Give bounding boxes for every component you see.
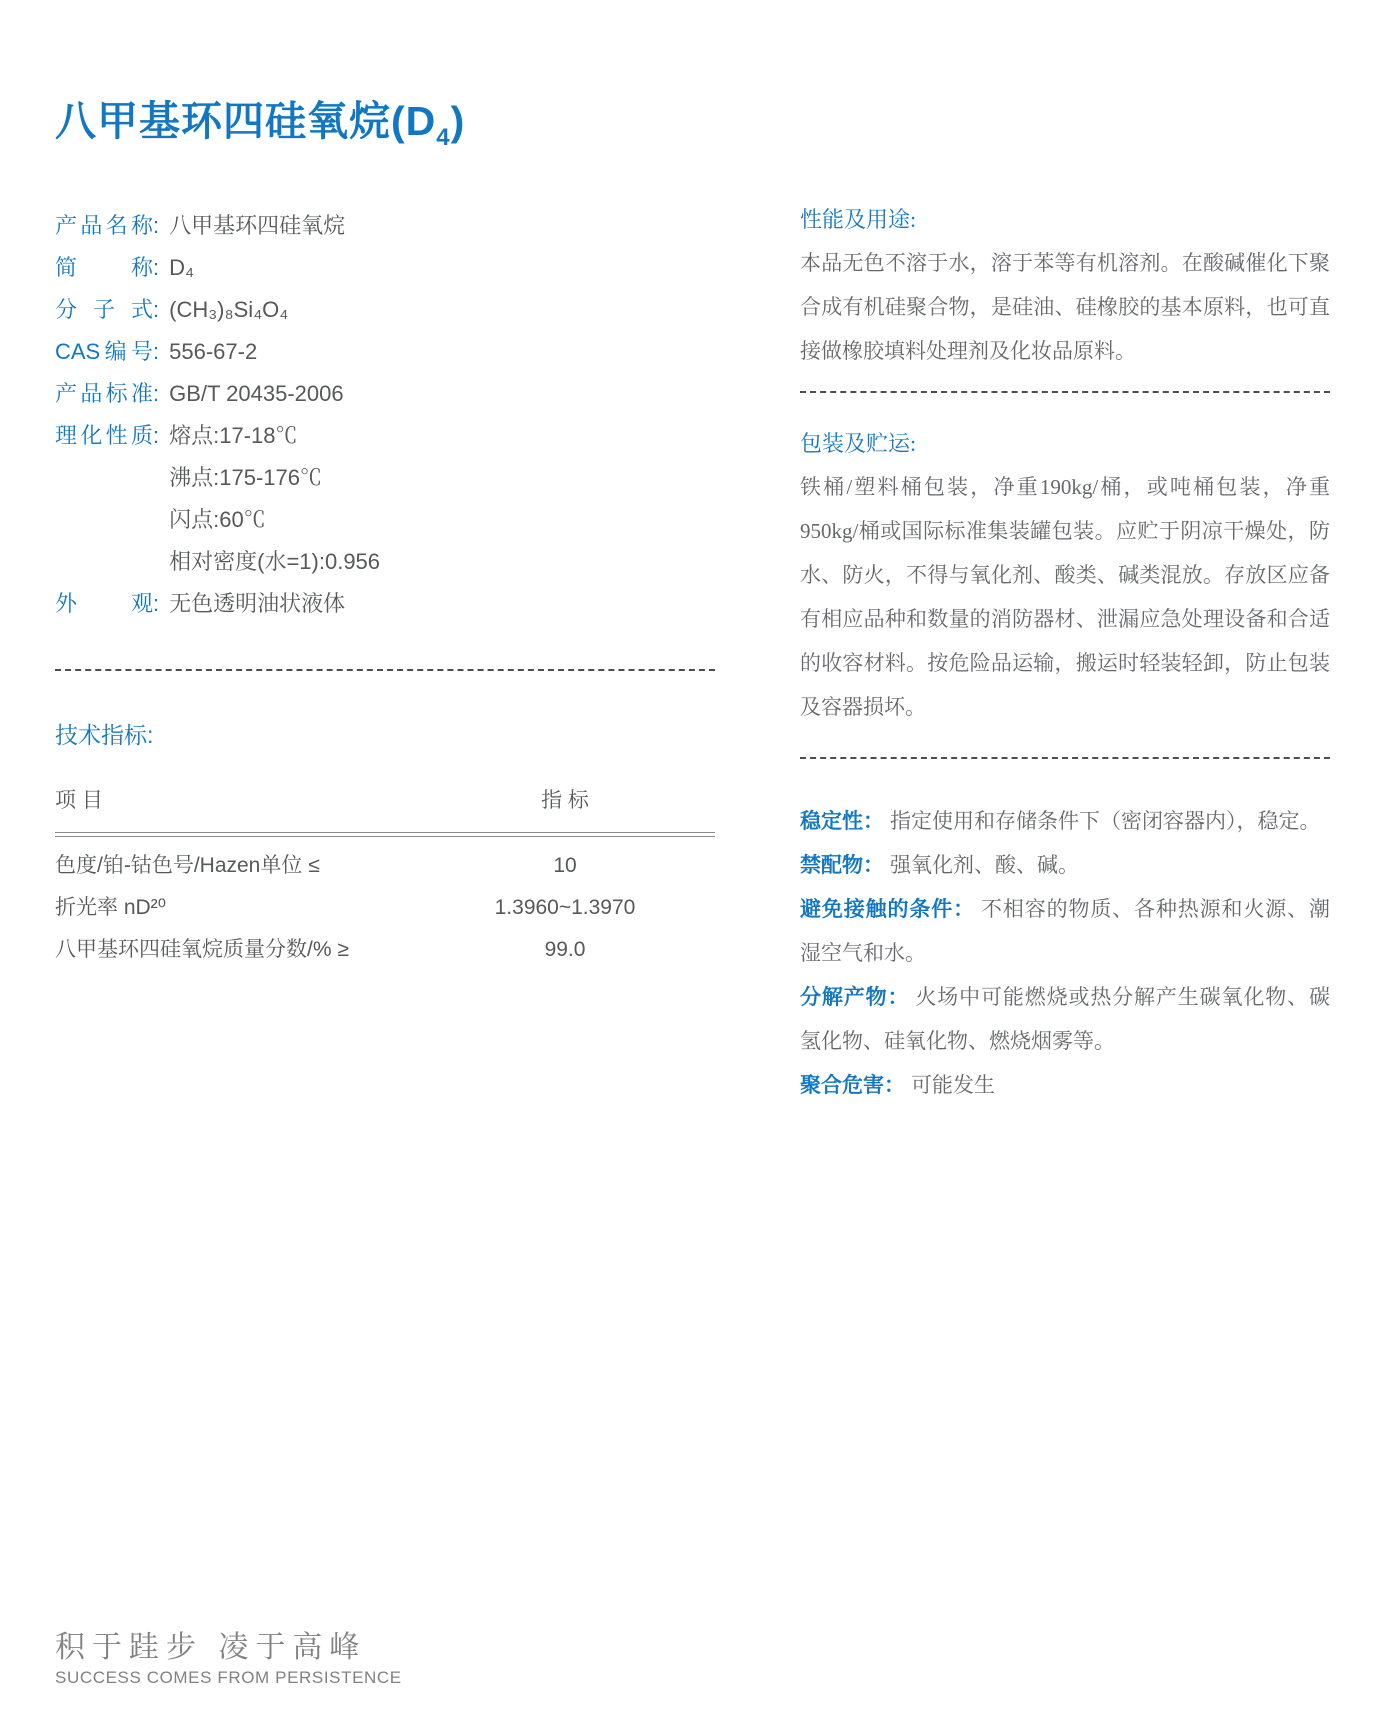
info-label: 产品名称 [55,205,153,247]
page-title-suffix: ) [451,98,466,144]
info-colon: : [153,205,159,247]
safety-label: 分解产物： [800,985,909,1009]
info-value: D₄ [169,247,715,289]
info-value-multiline: 熔点:17-18℃ 沸点:175-176℃ 闪点:60℃ 相对密度(水=1):0… [169,415,715,583]
info-label: 简称 [55,247,153,289]
table-row: 色度/铂-钴色号/Hazen单位 ≤ 10 [55,845,715,887]
info-value: (CH₃)₈Si₄O₄ [169,289,715,331]
safety-info-block: 稳定性：指定使用和存储条件下（密闭容器内），稳定。 禁配物：强氧化剂、酸、碱。 … [800,799,1330,1107]
safety-label: 稳定性： [800,809,884,833]
info-colon: : [153,247,159,289]
safety-item-polymerization-hazard: 聚合危害：可能发生 [800,1063,1330,1107]
info-row-cas-number: CAS编号: 556-67-2 [55,331,715,373]
left-dashed-divider [55,669,715,671]
safety-text: 指定使用和存储条件下（密闭容器内），稳定。 [890,809,1321,833]
performance-uses-heading: 性能及用途: [800,205,1330,235]
info-row-short-name: 简称: D₄ [55,247,715,289]
safety-item-stability: 稳定性：指定使用和存储条件下（密闭容器内），稳定。 [800,799,1330,843]
info-label: 产品标准 [55,373,153,415]
info-value: 八甲基环四硅氧烷 [169,205,715,247]
table-header-spec: 指 标 [415,784,715,814]
right-dashed-divider [800,391,1330,393]
physchem-relative-density: 相对密度(水=1):0.956 [169,541,715,583]
right-column: 性能及用途: 本品无色不溶于水，溶于苯等有机溶剂。在酸碱催化下聚合成有机硅聚合物… [800,205,1330,1107]
safety-label: 禁配物： [800,853,884,877]
left-column: 产品名称: 八甲基环四硅氧烷 简称: D₄ 分子式: (CH₃)₈Si₄O₄ C… [55,205,715,1107]
content-columns: 产品名称: 八甲基环四硅氧烷 简称: D₄ 分子式: (CH₃)₈Si₄O₄ C… [55,205,1330,1107]
safety-text: 强氧化剂、酸、碱。 [890,853,1079,877]
table-row: 八甲基环四硅氧烷质量分数/% ≥ 99.0 [55,929,715,971]
table-cell-spec: 1.3960~1.3970 [415,887,715,929]
physchem-melting-point: 熔点:17-18℃ [169,415,715,457]
footer-slogan-chinese: 积于跬步 凌于高峰 [55,1630,402,1666]
physchem-boiling-point: 沸点:175-176℃ [169,457,715,499]
packaging-storage-heading: 包装及贮运: [800,429,1330,459]
page-title-subscript: 4 [436,124,450,151]
tech-specs-heading: 技术指标: [55,717,715,750]
right-dashed-divider [800,757,1330,759]
table-cell-spec: 10 [415,845,715,887]
page-title: 八甲基环四硅氧烷(D4) [55,88,1330,147]
table-cell-item: 折光率 nD²⁰ [55,887,415,929]
table-cell-spec: 99.0 [415,929,715,971]
info-colon: : [153,331,159,373]
product-info-list: 产品名称: 八甲基环四硅氧烷 简称: D₄ 分子式: (CH₃)₈Si₄O₄ C… [55,205,715,625]
performance-uses-body: 本品无色不溶于水，溶于苯等有机溶剂。在酸碱催化下聚合成有机硅聚合物，是硅油、硅橡… [800,241,1330,373]
info-value: GB/T 20435-2006 [169,373,715,415]
info-colon: : [153,415,159,457]
info-colon: : [153,373,159,415]
safety-item-incompatibles: 禁配物：强氧化剂、酸、碱。 [800,843,1330,887]
info-row-molecular-formula: 分子式: (CH₃)₈Si₄O₄ [55,289,715,331]
info-colon: : [153,289,159,331]
info-colon: : [153,583,159,625]
table-cell-item: 色度/铂-钴色号/Hazen单位 ≤ [55,845,415,887]
page-title-main: 八甲基环四硅氧烷(D [55,98,436,144]
safety-label: 避免接触的条件： [800,897,975,921]
info-row-product-name: 产品名称: 八甲基环四硅氧烷 [55,205,715,247]
safety-label: 聚合危害： [800,1073,905,1097]
info-value: 无色透明油状液体 [169,583,715,625]
safety-item-decomposition-products: 分解产物：火场中可能燃烧或热分解产生碳氧化物、碳氢化物、硅氧化物、燃烧烟雾等。 [800,975,1330,1063]
table-header-row: 项 目 指 标 [55,784,715,832]
product-datasheet-page: 八甲基环四硅氧烷(D4) 产品名称: 八甲基环四硅氧烷 简称: D₄ 分子式: … [0,0,1383,1732]
footer-slogan-english: SUCCESS COMES FROM PERSISTENCE [55,1666,402,1690]
info-label: CAS编号 [55,331,153,373]
safety-text: 可能发生 [911,1073,995,1097]
tech-specs-table: 项 目 指 标 色度/铂-钴色号/Hazen单位 ≤ 10 折光率 nD²⁰ 1… [55,784,715,971]
table-body: 色度/铂-钴色号/Hazen单位 ≤ 10 折光率 nD²⁰ 1.3960~1.… [55,837,715,971]
info-label: 外观 [55,583,153,625]
table-row: 折光率 nD²⁰ 1.3960~1.3970 [55,887,715,929]
physchem-flash-point: 闪点:60℃ [169,499,715,541]
packaging-storage-body: 铁桶/塑料桶包装，净重190kg/桶，或吨桶包装，净重950kg/桶或国际标准集… [800,465,1330,729]
info-row-appearance: 外观: 无色透明油状液体 [55,583,715,625]
info-label: 理化性质 [55,415,153,457]
info-label: 分子式 [55,289,153,331]
info-row-product-standard: 产品标准: GB/T 20435-2006 [55,373,715,415]
footer-slogan: 积于跬步 凌于高峰 SUCCESS COMES FROM PERSISTENCE [55,1630,402,1690]
table-header-item: 项 目 [55,784,415,814]
safety-item-conditions-to-avoid: 避免接触的条件：不相容的物质、各种热源和火源、潮湿空气和水。 [800,887,1330,975]
info-value: 556-67-2 [169,331,715,373]
table-cell-item: 八甲基环四硅氧烷质量分数/% ≥ [55,929,415,971]
info-row-physchem-properties: 理化性质: 熔点:17-18℃ 沸点:175-176℃ 闪点:60℃ 相对密度(… [55,415,715,583]
